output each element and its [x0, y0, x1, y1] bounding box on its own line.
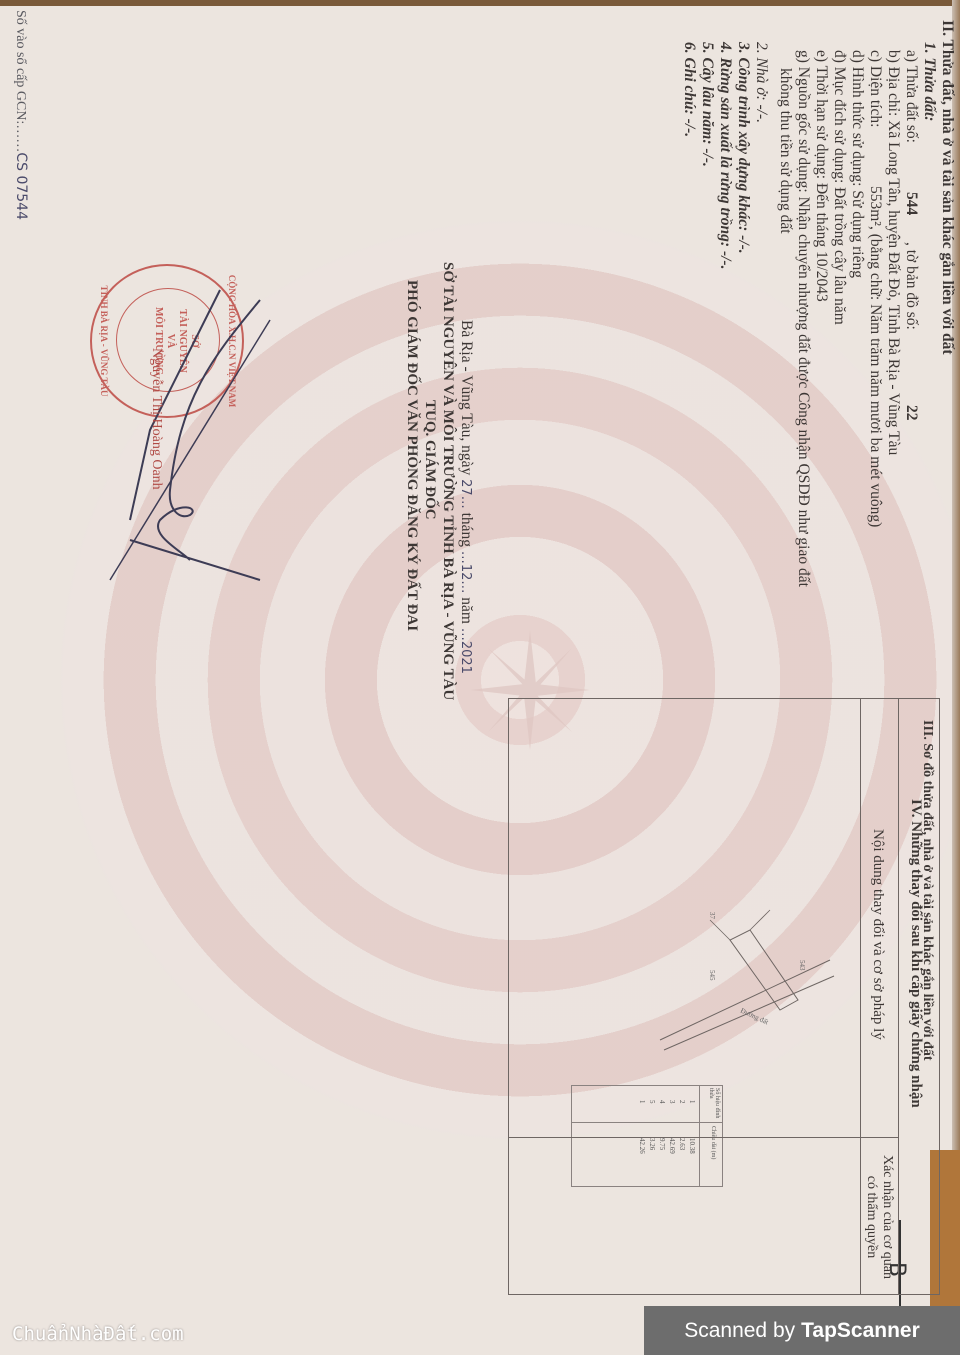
area-label: c) Diện tích: [866, 50, 884, 127]
map-sheet-number: 22 [902, 405, 920, 421]
area-value: 553m², (bằng chữ: Năm trăm năm mươi ba m… [866, 186, 884, 527]
use-term: e) Thời hạn sử dụng: Đến tháng 10/2043 [812, 50, 830, 302]
changes-column-confirmation: Xác nhận của cơ quan có thẩm quyền [863, 1149, 895, 1285]
signing-day: 27 [458, 479, 473, 496]
parcel-number-label: a) Thửa đất số: [902, 50, 920, 143]
signing-month: 12 [458, 564, 473, 581]
house-item: 2. Nhà ở: -/-. [752, 42, 770, 123]
parcel-heading: 1. Thửa đất: [920, 42, 938, 121]
signing-place-date: Bà Rịa - Vũng Tàu, ngày 27… tháng …12… n… [456, 320, 475, 674]
on-behalf-of: TUQ. GIÁM ĐỐC [421, 400, 439, 520]
use-purpose: đ) Mục đích sử dụng: Đất trồng cây lâu n… [830, 50, 848, 325]
scanner-brand: TapScanner [801, 1319, 920, 1343]
parcel-number: 544 [902, 192, 920, 215]
origin-line-1: g) Nguồn gốc sử dụng: Nhận chuyển nhượng… [794, 50, 812, 587]
signer-name: Nguyễn Thị Hoàng Oanh [147, 348, 165, 490]
site-watermark: ChuẩnNhàĐất.com [12, 1323, 184, 1345]
origin-line-2: không thu tiền sử dụng đất [776, 68, 794, 234]
other-construction-item: 3. Công trình xây dựng khác: -/-. [734, 42, 752, 254]
perennial-trees-item: 5. Cây lâu năm: -/-. [698, 42, 716, 167]
issuing-agency: SỞ TÀI NGUYÊN VÀ MÔI TRƯỜNG TỈNH BÀ RỊA … [439, 262, 457, 700]
section2-title: II. Thửa đất, nhà ở và tài sản khác gắn … [938, 20, 956, 355]
signing-year: 2021 [458, 641, 473, 674]
changes-title: IV. Những thay đổi sau khi cấp giấy chứn… [907, 799, 925, 1108]
changes-table: IV. Những thay đổi sau khi cấp giấy chứn… [508, 698, 940, 1295]
parcel-address: b) Địa chỉ: Xã Long Tân, huyện Đất Đỏ, T… [884, 50, 902, 455]
signer-position: PHÓ GIÁM ĐỐC VĂN PHÒNG ĐĂNG KÝ ĐẤT ĐAI [403, 280, 421, 631]
changes-column-content: Nội dung thay đổi và cơ sở pháp lý [869, 829, 887, 1040]
handwritten-signature [80, 280, 280, 600]
notes-item: 6. Ghi chú: -/-. [680, 42, 698, 137]
scanner-badge: Scanned byTapScanner [644, 1306, 960, 1355]
rotated-document: II. Thửa đất, nhà ở và tài sản khác gắn … [0, 0, 960, 1355]
production-forest-item: 4. Rừng sản xuất là rừng trồng: -/-. [716, 42, 734, 269]
use-form: d) Hình thức sử dụng: Sử dụng riêng [848, 50, 866, 278]
map-sheet-label: , tờ bản đồ số: [902, 242, 920, 330]
register-number: Số vào sổ cấp GCN:……CS 07544 [11, 10, 30, 220]
